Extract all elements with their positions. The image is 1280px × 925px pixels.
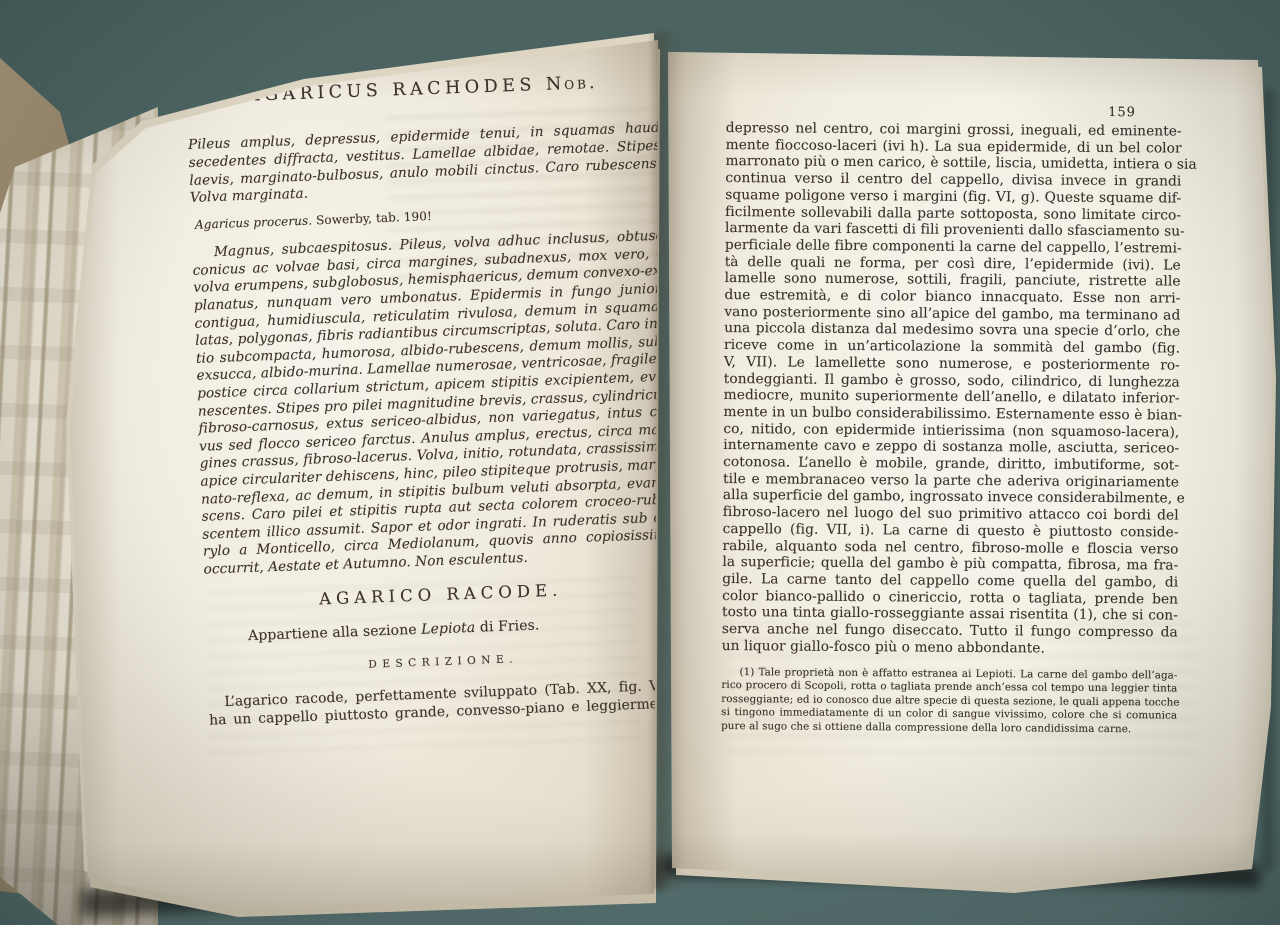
- right-page-number: 159: [726, 102, 1182, 122]
- reference-species-name: Agaricus procerus.: [195, 214, 313, 232]
- right-page: 159 depresso nel centro, coi margini gro…: [656, 38, 1280, 902]
- running-title-suffix: Nob.: [546, 73, 598, 95]
- subtitle-genus: Lepiota: [421, 620, 476, 638]
- synonymy-reference-line: Agaricus procerus. Sowerby, tab. 190!: [195, 201, 663, 232]
- running-title: AGARICUS RACHODES Nob.: [186, 71, 658, 108]
- reference-citation: Sowerby, tab. 190!: [316, 209, 432, 227]
- left-page: 158 AGARICUS RACHODES Nob. Pileus amplus…: [58, 30, 670, 922]
- species-heading: AGARICO RACODE.: [205, 577, 677, 613]
- right-page-text-block: 159 depresso nel centro, coi margini gro…: [721, 102, 1182, 737]
- running-title-main: AGARICUS RACHODES: [247, 75, 547, 106]
- italian-body-paragraph: depresso nel centro, coi margini grossi,…: [722, 120, 1182, 658]
- left-page-text-block: 158 AGARICUS RACHODES Nob. Pileus amplus…: [186, 71, 681, 730]
- section-membership-note: Appartiene alla sezione Lepiota di Fries…: [206, 613, 678, 646]
- book-photograph: 158 AGARICUS RACHODES Nob. Pileus amplus…: [0, 0, 1280, 925]
- subtitle-prefix: Appartiene alla sezione: [248, 622, 422, 644]
- descrizione-heading: DESCRIZIONE.: [207, 648, 679, 677]
- footnote: (1) Tale proprietà non è affatto estrane…: [721, 665, 1178, 737]
- subtitle-suffix: di Fries.: [475, 618, 540, 636]
- latin-diagnosis-paragraph: Pileus amplus, depressus, epidermide ten…: [188, 120, 662, 208]
- latin-description-paragraph: Magnus, subcaespitosus. Pileus, volva ad…: [192, 228, 676, 579]
